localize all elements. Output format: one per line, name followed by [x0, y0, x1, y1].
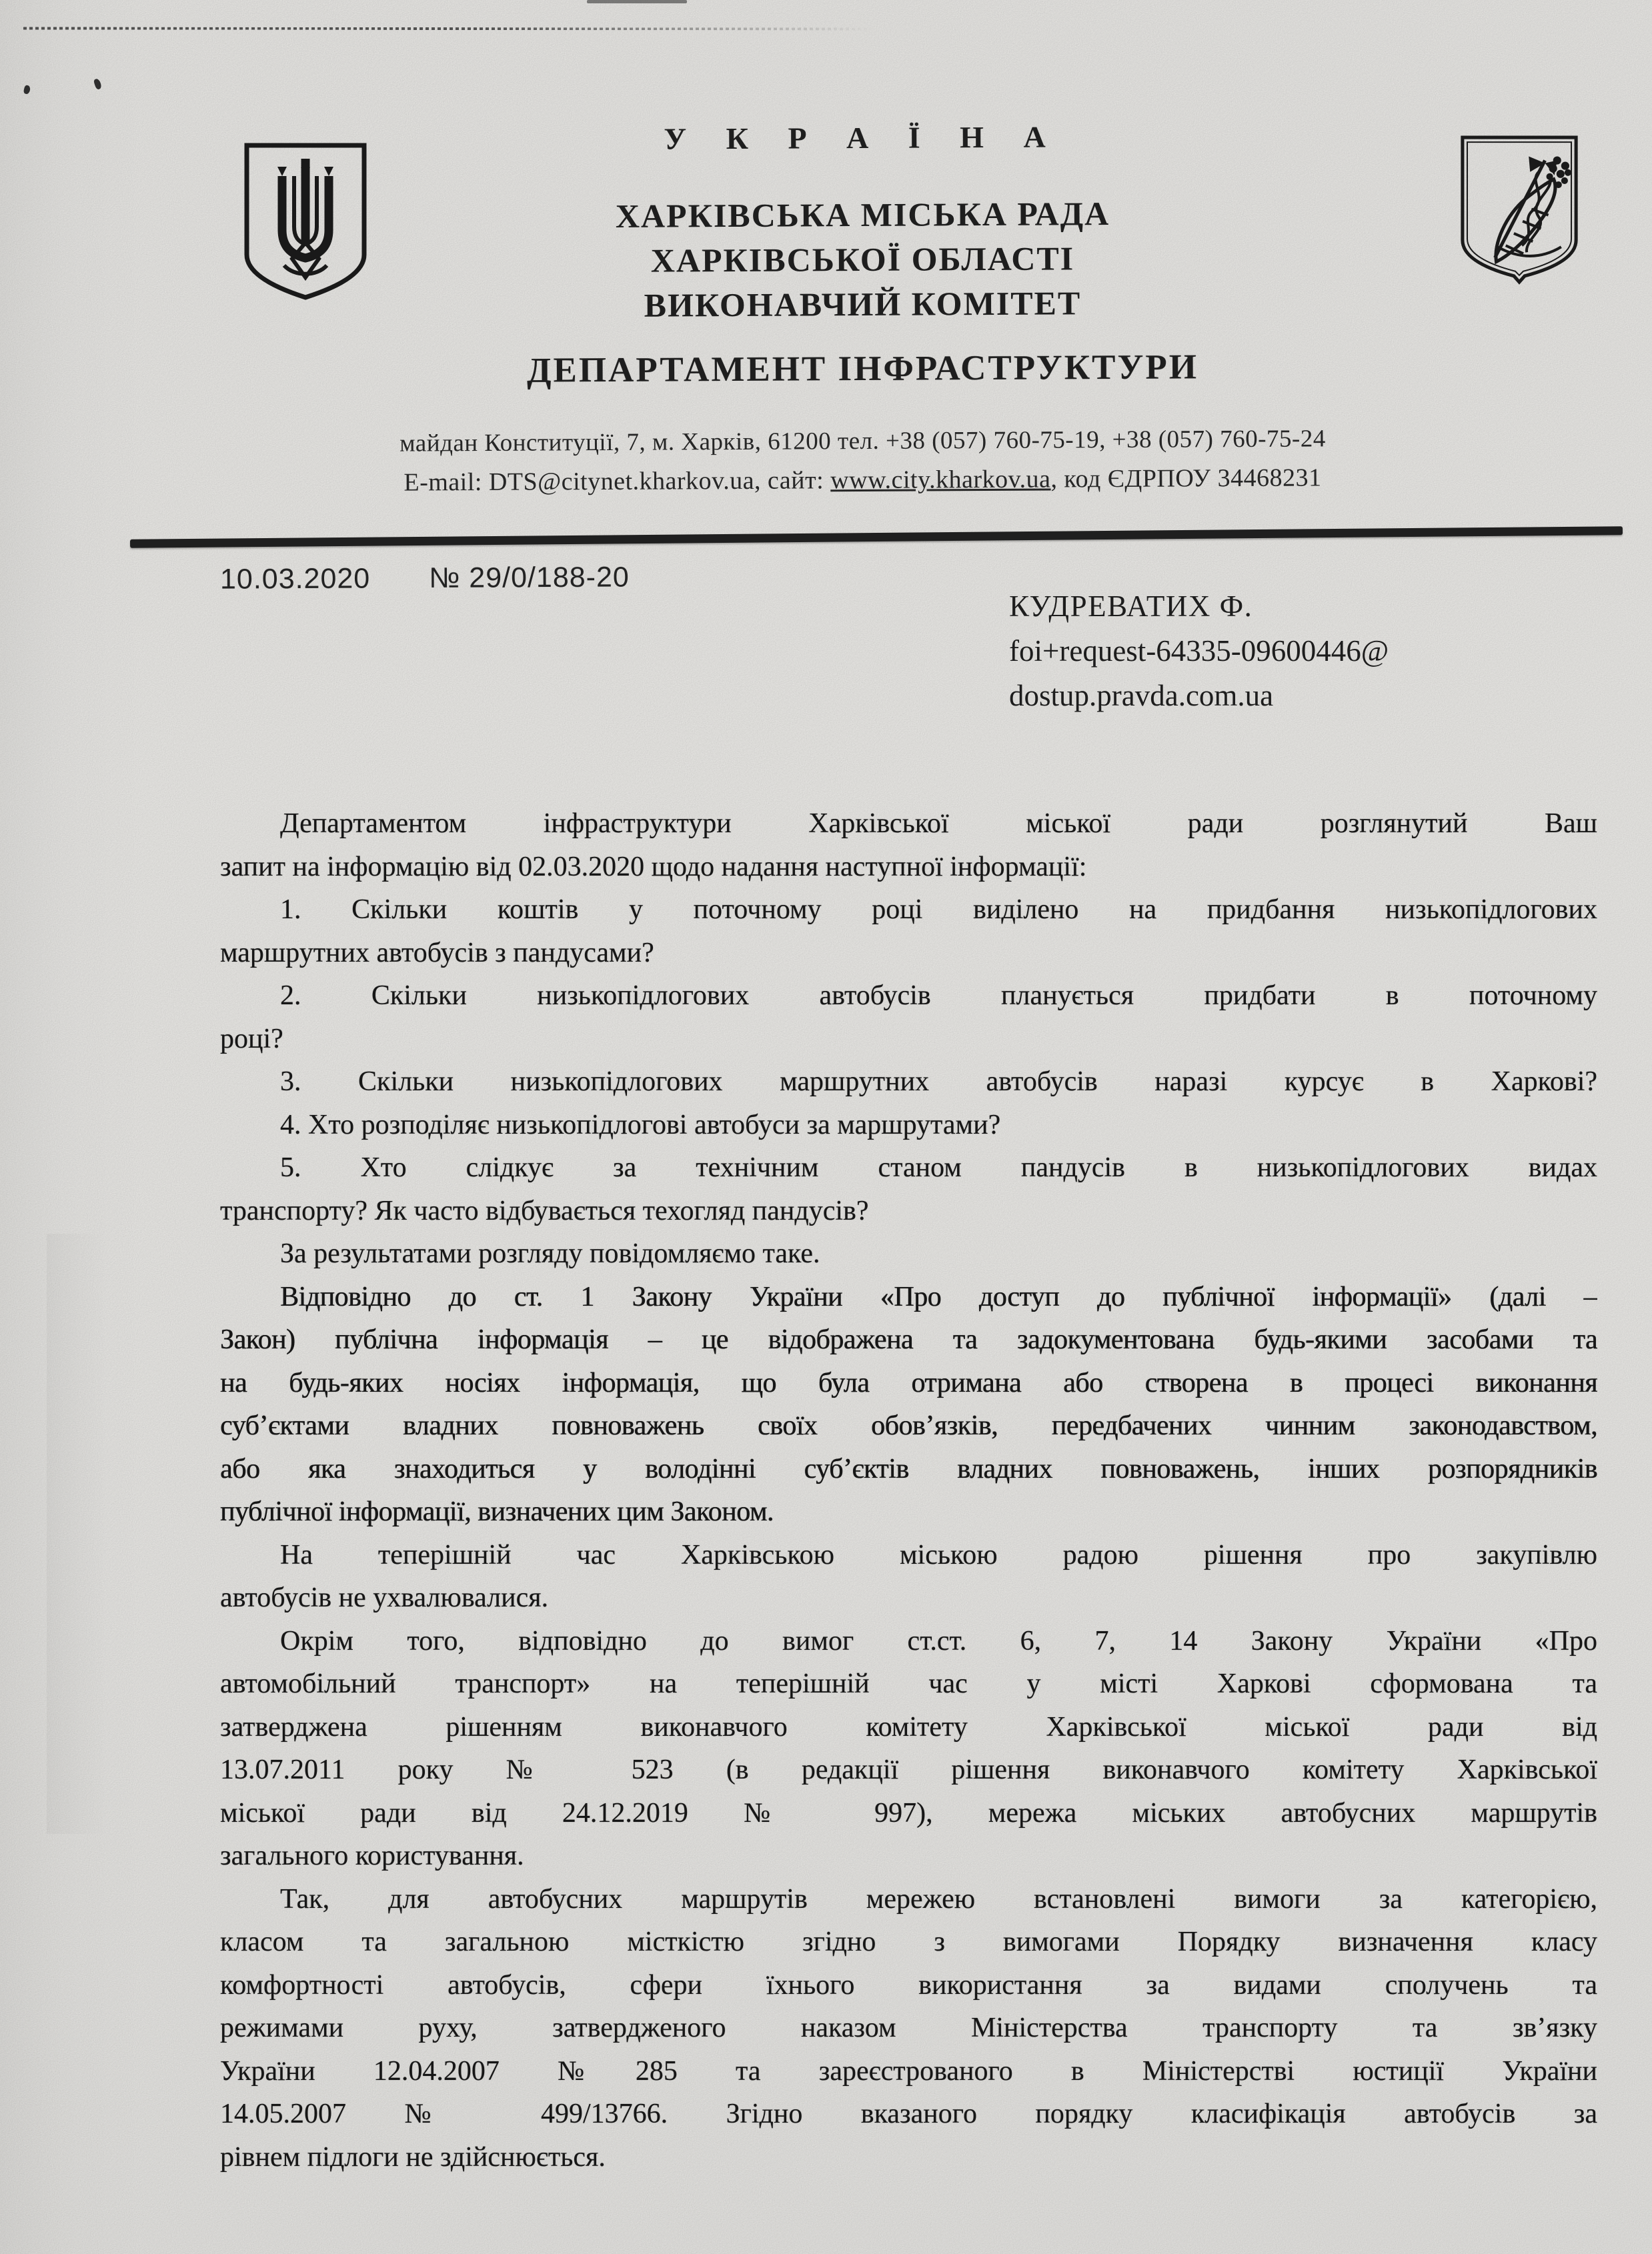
- body-line: За результатами розгляду повідомляємо та…: [220, 1232, 1597, 1276]
- body-line: затверджена рішенням виконавчого комітет…: [220, 1706, 1597, 1749]
- reference-line: 10.03.2020№ 29/0/188-20: [220, 561, 630, 596]
- body-line: 2. Скільки низькопідлогових автобусів пл…: [220, 974, 1597, 1018]
- letterhead-department: ДЕПАРТАМЕНТ ІНФРАСТРУКТУРИ: [80, 345, 1645, 393]
- body-line: маршрутних автобусів з пандусами?: [220, 932, 1597, 975]
- body-line: автобусів не ухвалювалися.: [220, 1576, 1597, 1620]
- body-lines: Департаментом інфраструктури Харківської…: [220, 802, 1597, 2179]
- body-line: міської ради від 24.12.2019 № 997), мере…: [220, 1792, 1597, 1835]
- body-line: році?: [220, 1018, 1597, 1061]
- letterhead-website-link: www.city.kharkov.ua: [830, 465, 1051, 495]
- scanned-letter-page: У К Р А Ї Н А ХАРКІВСЬКА МІСЬКА РАДА ХАР…: [0, 0, 1652, 2254]
- body-line: На теперішній час Харківською міською ра…: [220, 1534, 1597, 1577]
- body-line: загального користування.: [220, 1835, 1597, 1878]
- reference-date: 10.03.2020: [220, 562, 370, 595]
- letterhead-contacts-prefix: E-mail: DTS@citynet.kharkov.ua, сайт:: [403, 466, 830, 496]
- body-line: 3. Скільки низькопідлогових маршрутних а…: [220, 1060, 1597, 1104]
- letterhead-org-line2: ХАРКІВСЬКОЇ ОБЛАСТІ: [80, 236, 1645, 283]
- body-line: 1. Скільки коштів у поточному році виділ…: [220, 888, 1597, 932]
- scan-speck: [23, 85, 31, 95]
- body-line: суб’єктами владних повноважень своїх обо…: [220, 1404, 1597, 1448]
- body-line: Окрім того, відповідно до вимог ст.ст. 6…: [220, 1620, 1597, 1663]
- letterhead-country: У К Р А Ї Н А: [80, 116, 1645, 159]
- body-line: Відповідно до ст. 1 Закону України «Про …: [220, 1276, 1597, 1319]
- body-line: Так, для автобусних маршрутів мережею вс…: [220, 1878, 1597, 1921]
- body-line: комфортності автобусів, сфери їхнього ви…: [220, 1964, 1597, 2007]
- body-line: автомобільний транспорт» на теперішній ч…: [220, 1662, 1597, 1706]
- scan-artifact-line: [23, 27, 874, 30]
- body-line: України 12.04.2007 №285 та зареєстровано…: [220, 2050, 1597, 2093]
- body-line: або яка знаходиться у володінні суб’єкті…: [220, 1448, 1597, 1491]
- body-line: режимами руху, затвердженого наказом Мін…: [220, 2007, 1597, 2050]
- letterhead-address: майдан Конституції, 7, м. Харків, 61200 …: [80, 423, 1645, 459]
- scan-speck: [93, 78, 103, 90]
- body-line: 5. Хто слідкує за технічним станом панду…: [220, 1146, 1597, 1190]
- body-line: 4. Хто розподіляє низькопідлогові автобу…: [220, 1104, 1597, 1147]
- body-line: 14.05.2007 № 499/13766. Згідно вказаного…: [220, 2093, 1597, 2136]
- recipient-name: КУДРЕВАТИХ Ф.: [1009, 584, 1389, 629]
- body-line: класом та загальною місткістю згідно з в…: [220, 1921, 1597, 1964]
- body-line: 13.07.2011 року № 523 (в редакції рішенн…: [220, 1749, 1597, 1792]
- recipient-email-line1: foi+request-64335-09600446@: [1009, 629, 1389, 674]
- scan-smudge: [47, 1234, 107, 1834]
- letterhead-org-line3: ВИКОНАВЧИЙ КОМІТЕТ: [80, 281, 1645, 327]
- letterhead-divider-rule: [130, 526, 1623, 548]
- body-line: на будь-яких носіях інформація, що була …: [220, 1362, 1597, 1405]
- body-line: запит на інформацію від 02.03.2020 щодо …: [220, 846, 1597, 889]
- letterhead-contacts-suffix: , код ЄДРПОУ 34468231: [1050, 463, 1321, 493]
- body-line: публічної інформації, визначених цим Зак…: [220, 1490, 1597, 1534]
- scan-artifact-edge: [587, 0, 687, 3]
- recipient-email-line2: dostup.pravda.com.ua: [1009, 674, 1389, 718]
- body-line: рівнем підлоги не здійснюється.: [220, 2136, 1597, 2179]
- letterhead-org-line1: ХАРКІВСЬКА МІСЬКА РАДА: [80, 191, 1645, 238]
- body-line: Департаментом інфраструктури Харківської…: [220, 802, 1597, 846]
- recipient-block: КУДРЕВАТИХ Ф. foi+request-64335-09600446…: [1009, 584, 1389, 718]
- body-line: Закон) публічна інформація – це відображ…: [220, 1318, 1597, 1362]
- body-line: транспорту? Як часто відбувається техогл…: [220, 1190, 1597, 1233]
- letterhead-contacts: E-mail: DTS@citynet.kharkov.ua, сайт: ww…: [80, 461, 1645, 499]
- reference-number: № 29/0/188-20: [429, 561, 630, 594]
